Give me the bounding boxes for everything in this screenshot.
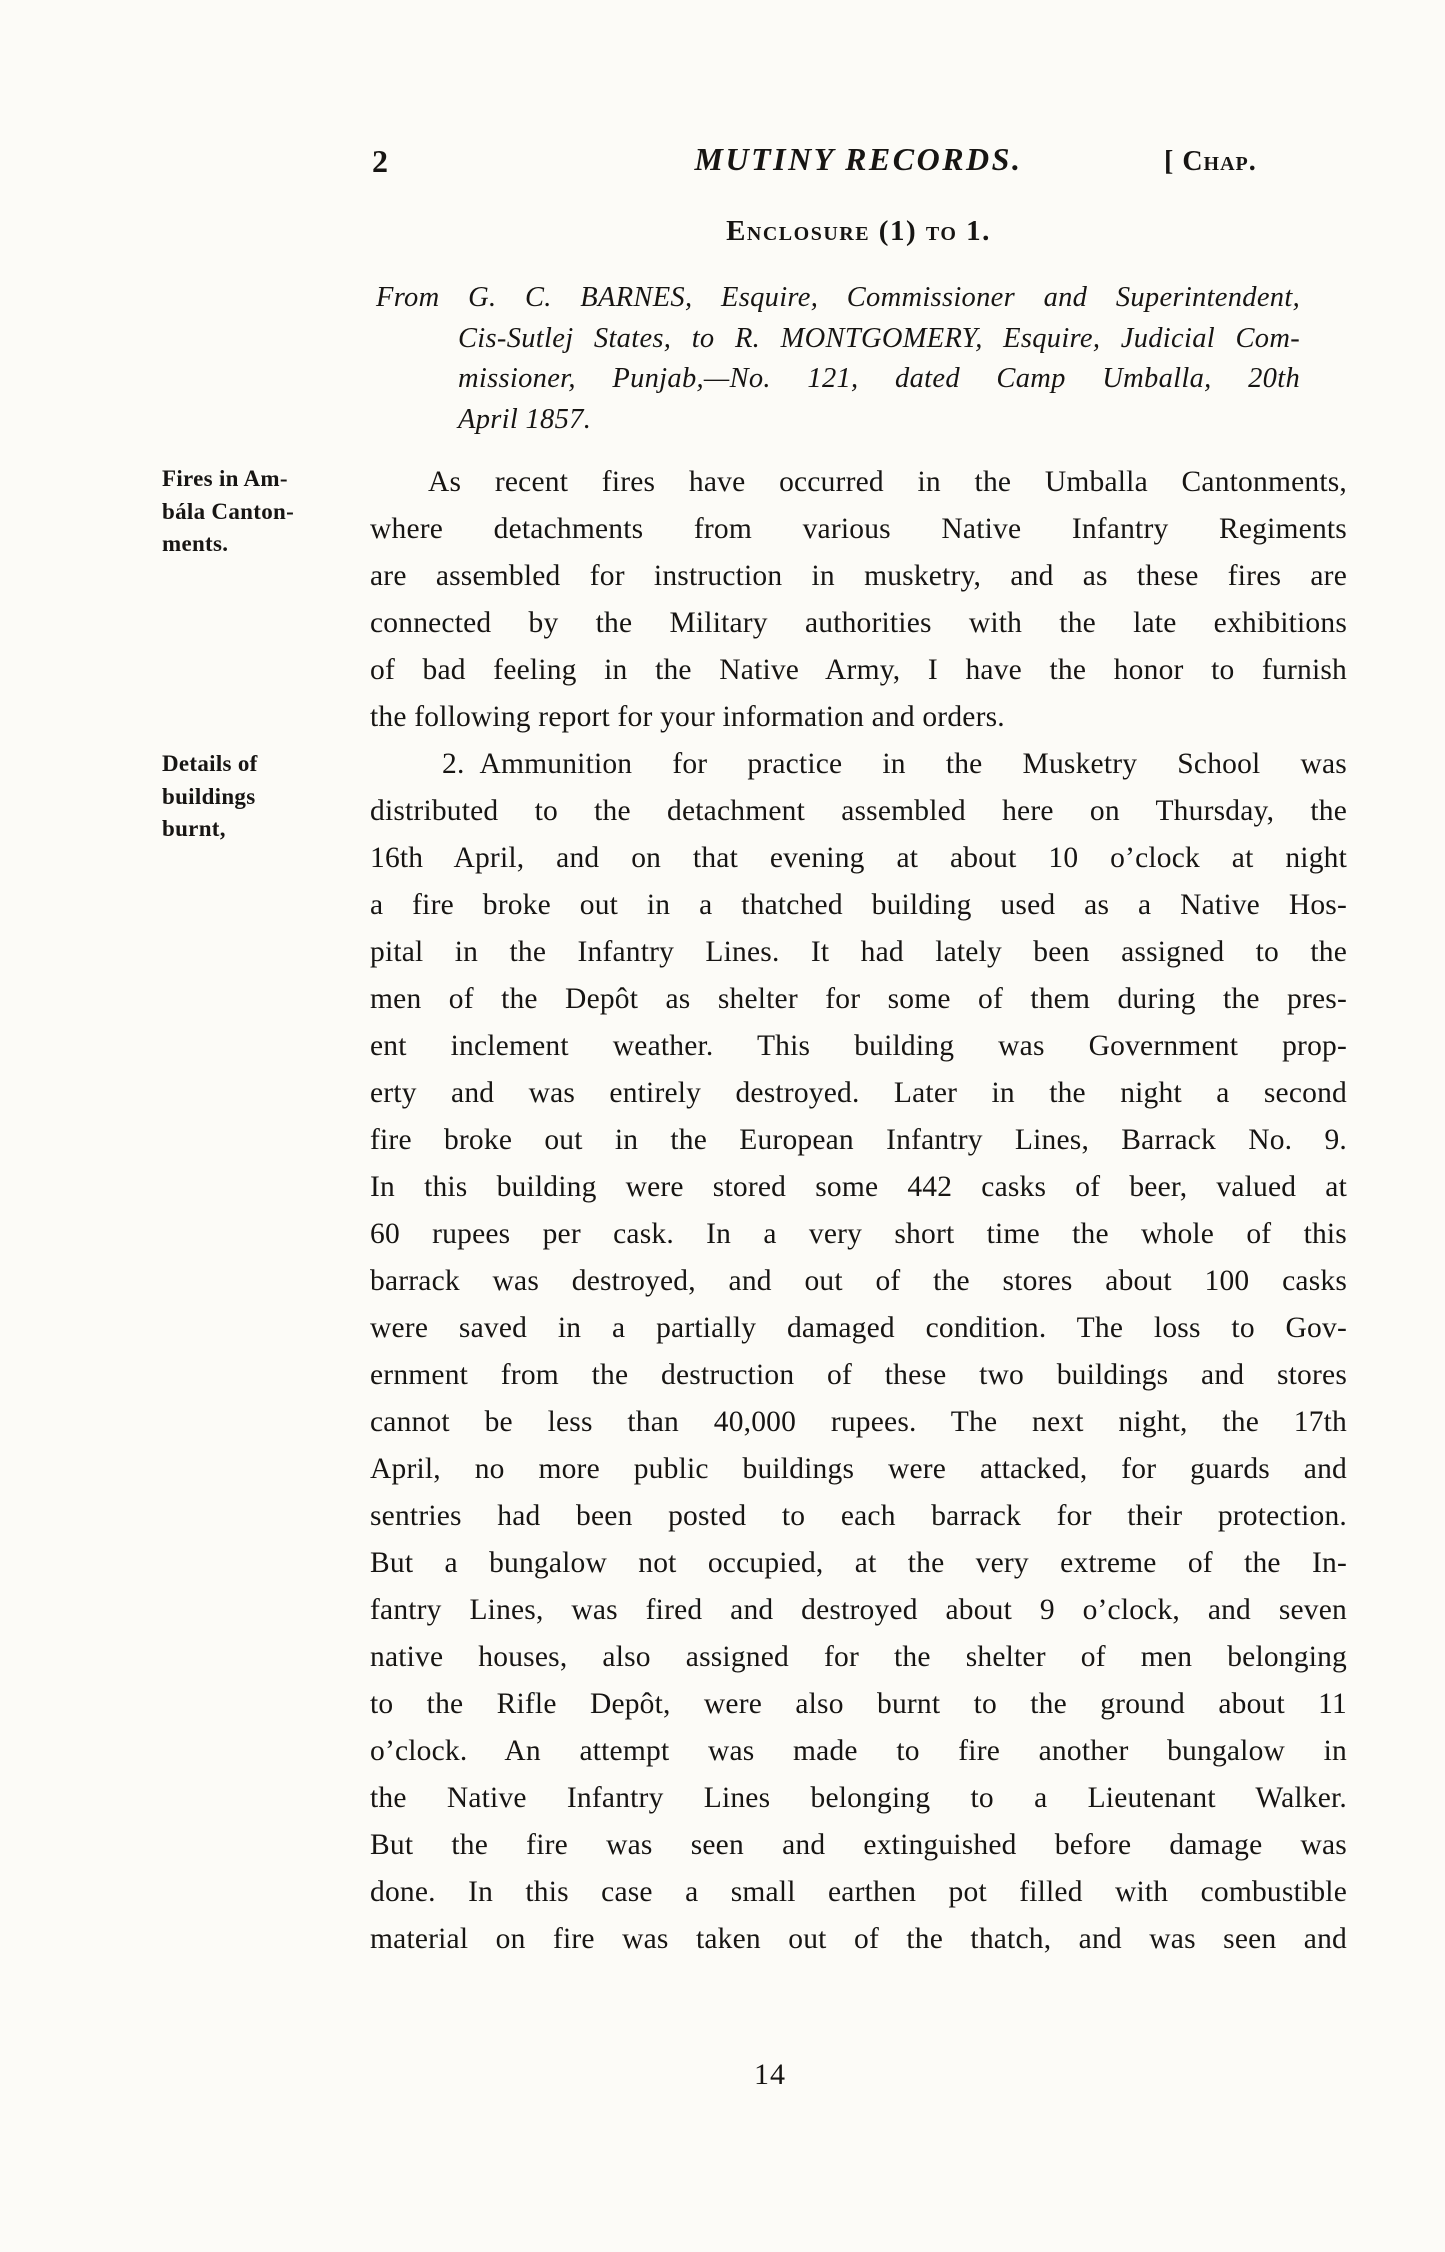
text-line: From G. C. BARNES, Esquire, Commissioner… [376, 278, 1300, 319]
text-line: connected by the Military authorities wi… [370, 600, 1347, 647]
text-line: missioner, Punjab,—No. 121, dated Camp U… [376, 359, 1300, 400]
text-line: were saved in a partially damaged condit… [370, 1305, 1347, 1352]
text-line: erty and was entirely destroyed. Later i… [370, 1070, 1347, 1117]
body-text: As recent fires have occurred in the Umb… [370, 459, 1347, 1963]
margin-note-fires-in-ambala: Fires in Am-bála Canton-ments. [162, 463, 380, 561]
text-line: sentries had been posted to each barrack… [370, 1493, 1347, 1540]
text-line: distributed to the detachment assembled … [370, 788, 1347, 835]
text-line: material on fire was taken out of the th… [370, 1916, 1347, 1963]
text-line: April, no more public buildings were att… [370, 1446, 1347, 1493]
enclosure-heading: Enclosure (1) to 1. [370, 215, 1347, 248]
text-line: bála Canton- [162, 496, 380, 529]
text-line: fantry Lines, was fired and destroyed ab… [370, 1587, 1347, 1634]
text-line: barrack was destroyed, and out of the st… [370, 1258, 1347, 1305]
text-line: where detachments from various Native In… [370, 506, 1347, 553]
text-line: Details of [162, 748, 380, 781]
text-line: native houses, also assigned for the she… [370, 1634, 1347, 1681]
text-line: In this building were stored some 442 ca… [370, 1164, 1347, 1211]
text-line: the Native Infantry Lines belonging to a… [370, 1775, 1347, 1822]
text-line: But a bungalow not occupied, at the very… [370, 1540, 1347, 1587]
text-line: the following report for your informatio… [370, 694, 1347, 741]
text-line: cannot be less than 40,000 rupees. The n… [370, 1399, 1347, 1446]
text-line: done. In this case a small earthen pot f… [370, 1869, 1347, 1916]
text-line: ent inclement weather. This building was… [370, 1023, 1347, 1070]
text-line: o’clock. An attempt was made to fire ano… [370, 1728, 1347, 1775]
text-line: 60 rupees per cask. In a very short time… [370, 1211, 1347, 1258]
text-line: buildings [162, 781, 380, 814]
text-line: ernment from the destruction of these tw… [370, 1352, 1347, 1399]
text-line: to the Rifle Depôt, were also burnt to t… [370, 1681, 1347, 1728]
text-line: But the fire was seen and extinguished b… [370, 1822, 1347, 1869]
text-line: are assembled for instruction in musketr… [370, 553, 1347, 600]
text-line: Cis-Sutlej States, to R. MONTGOMERY, Esq… [376, 319, 1300, 360]
text-line: fire broke out in the European Infantry … [370, 1117, 1347, 1164]
letter-heading: From G. C. BARNES, Esquire, Commissioner… [376, 278, 1300, 440]
margin-note-details-of-buildings: Details ofbuildingsburnt, [162, 748, 380, 846]
paragraph-2: 2. Ammunition for practice in the Musket… [370, 741, 1347, 1963]
scanned-page: 2 MUTINY RECORDS. [ Chap. Enclosure (1) … [0, 0, 1445, 2252]
text-line: burnt, [162, 813, 380, 846]
text-line: of bad feeling in the Native Army, I hav… [370, 647, 1347, 694]
paragraph-1: As recent fires have occurred in the Umb… [370, 459, 1347, 741]
text-line: April 1857. [376, 400, 1300, 441]
text-line: men of the Depôt as shelter for some of … [370, 976, 1347, 1023]
text-line: Fires in Am- [162, 463, 380, 496]
footer-page-number: 14 [370, 2058, 1170, 2092]
text-line: 16th April, and on that evening at about… [370, 835, 1347, 882]
text-line: a fire broke out in a thatched building … [370, 882, 1347, 929]
chapter-label: [ Chap. [1164, 146, 1257, 178]
text-line: 2. Ammunition for practice in the Musket… [370, 741, 1347, 788]
text-line: As recent fires have occurred in the Umb… [370, 459, 1347, 506]
text-line: ments. [162, 528, 380, 561]
text-line: pital in the Infantry Lines. It had late… [370, 929, 1347, 976]
